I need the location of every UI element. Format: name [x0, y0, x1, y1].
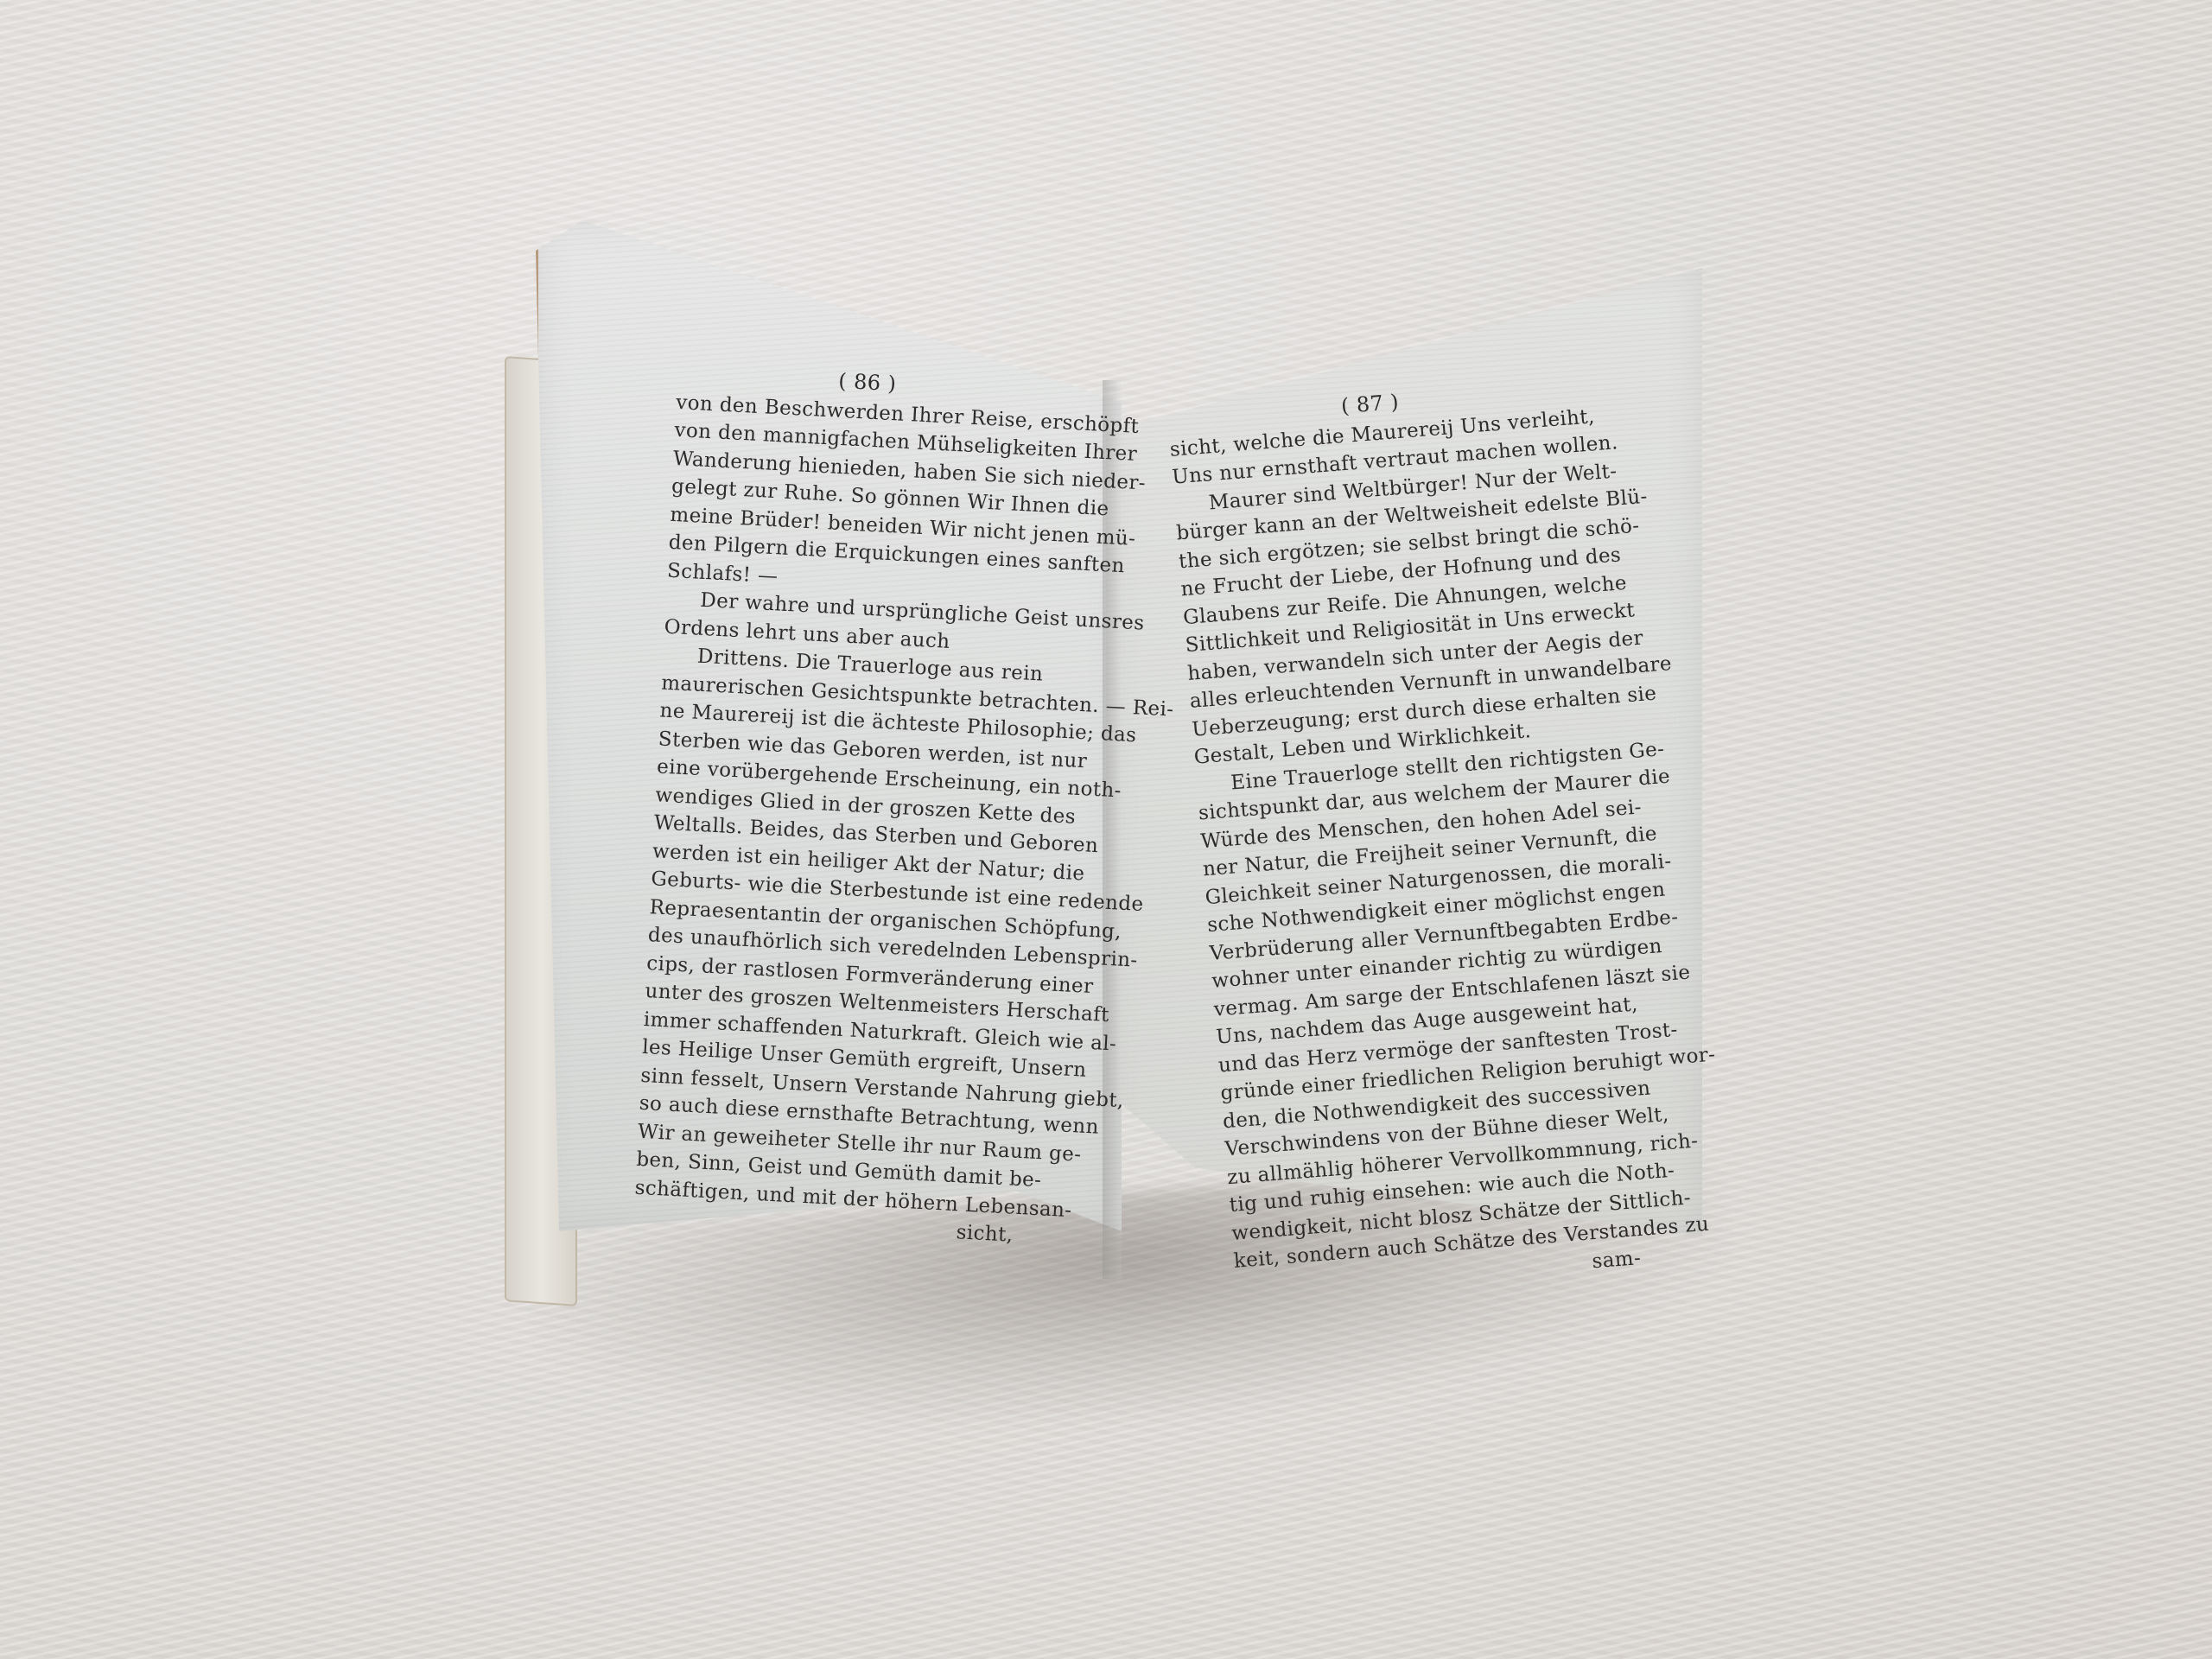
right-page-text: ( 87 ) sicht, welche die Maurereij Uns v…: [1166, 374, 1642, 1304]
left-page-text: ( 86 ) von den Beschwerden Ihrer Reise, …: [632, 359, 1058, 1249]
